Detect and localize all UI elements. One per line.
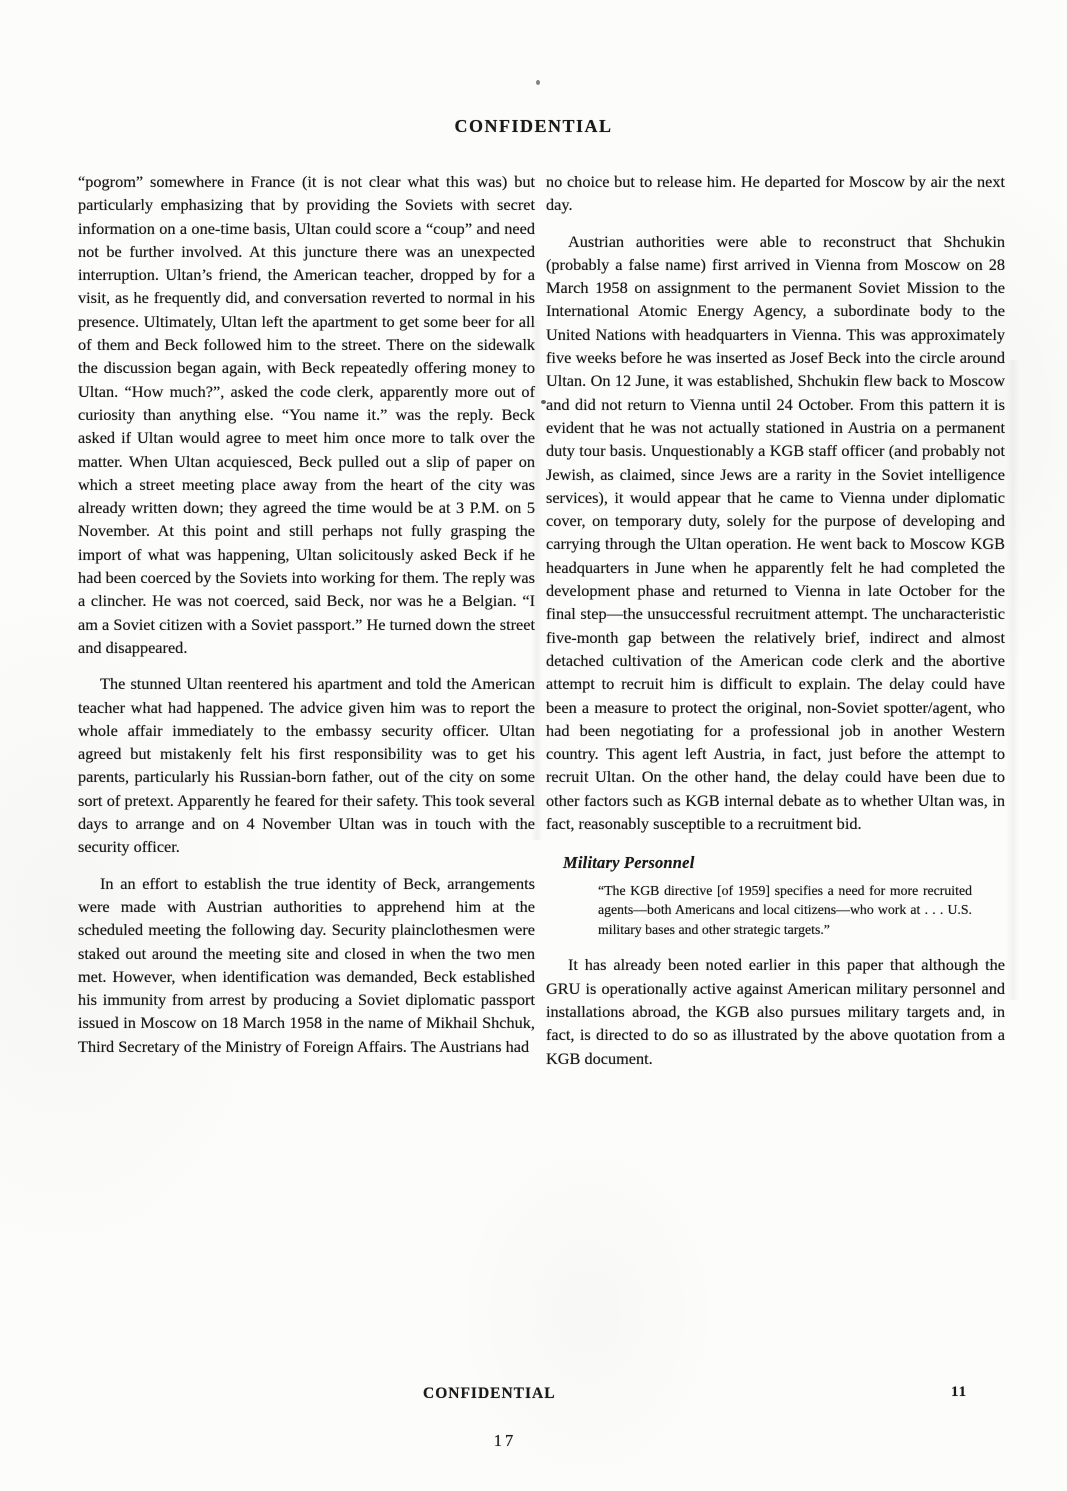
scan-artifact [1006, 360, 1020, 1000]
paragraph-continuation: “pogrom” somewhere in France (it is not … [78, 170, 535, 659]
scan-artifact [536, 80, 540, 85]
page-number: 11 [951, 1384, 967, 1401]
section-heading-military-personnel: Military Personnel [563, 851, 1005, 874]
right-column: no choice but to release him. He departe… [546, 170, 1005, 1083]
document-page: CONFIDENTIAL “pogrom” somewhere in Franc… [0, 0, 1067, 1491]
paragraph: It has already been noted earlier in thi… [546, 953, 1005, 1069]
left-column: “pogrom” somewhere in France (it is not … [78, 170, 535, 1071]
paragraph-continuation: no choice but to release him. He departe… [546, 170, 1005, 217]
paragraph: In an effort to establish the true ident… [78, 872, 535, 1058]
paragraph: The stunned Ultan reentered his apartmen… [78, 672, 535, 858]
folio-number: 17 [0, 1431, 1010, 1451]
classification-footer: CONFIDENTIAL [423, 1385, 556, 1403]
kgb-directive-blockquote: “The KGB directive [of 1959] specifies a… [598, 881, 972, 940]
paragraph: Austrian authorities were able to recons… [546, 230, 1005, 836]
classification-header: CONFIDENTIAL [0, 116, 1067, 137]
